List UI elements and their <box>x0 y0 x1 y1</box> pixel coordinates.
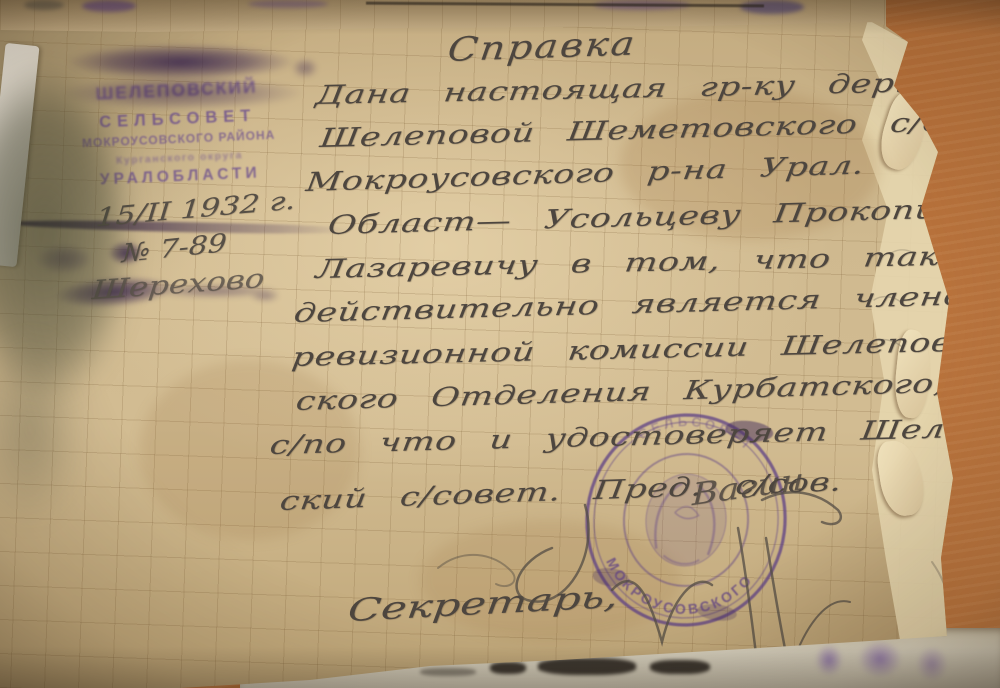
violet-ink-mark <box>858 640 902 678</box>
ink-mark <box>82 0 136 12</box>
pencil-mark <box>24 0 64 10</box>
ink-mark <box>248 0 328 8</box>
printed-text-smudge <box>490 662 526 674</box>
pencil-line <box>366 2 764 8</box>
document-title: Справка <box>446 23 639 69</box>
violet-ink-mark <box>916 646 948 682</box>
document-photo: ШЕЛЕПОВСКИЙ СЕЛЬСОВЕТ МОКРОУСОВСКОГО РАЙ… <box>0 0 1000 688</box>
printed-text-smudge <box>538 658 636 675</box>
printed-text-smudge <box>650 660 710 674</box>
violet-ink-mark <box>815 644 843 676</box>
ink-smudge <box>292 58 318 78</box>
printed-text-smudge <box>420 668 476 676</box>
shadow-overlay <box>0 300 100 560</box>
